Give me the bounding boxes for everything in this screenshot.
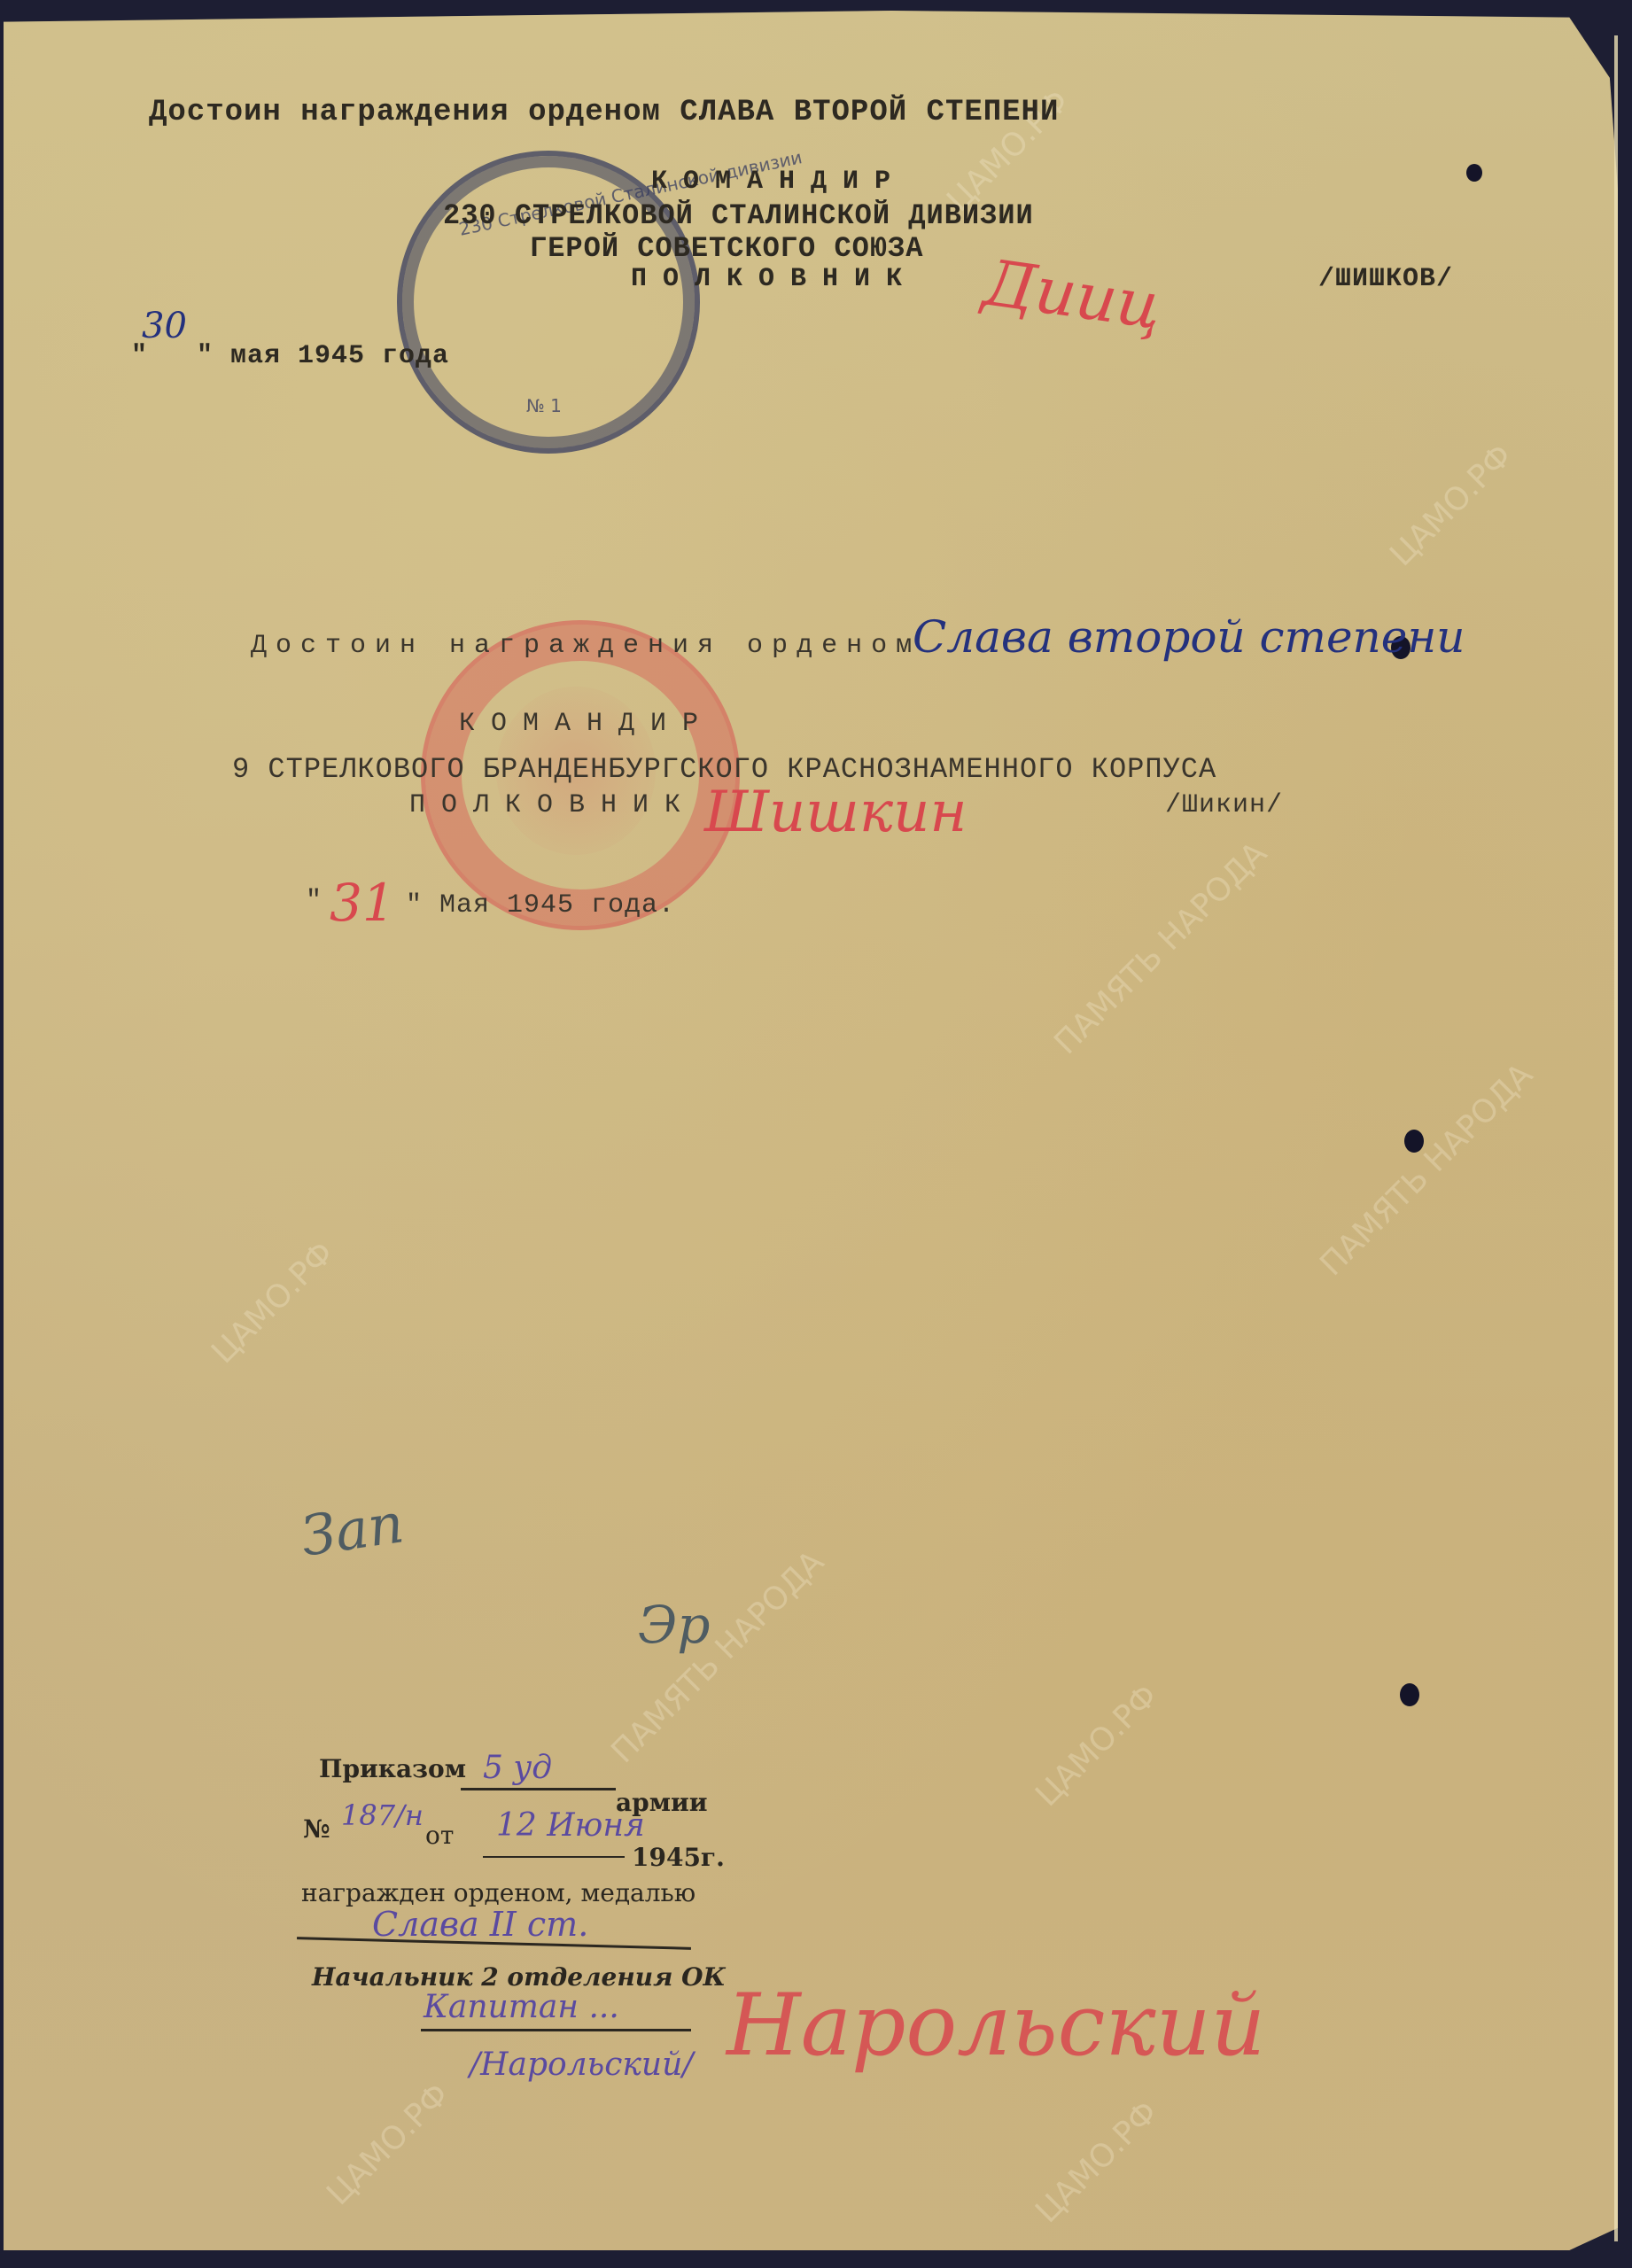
division-rank: ПОЛКОВНИК — [631, 264, 918, 294]
underline — [483, 1856, 625, 1858]
underline — [421, 2029, 691, 2031]
order-label: Приказом — [319, 1754, 466, 1783]
department-head-label: Начальник 2 отделения ОК — [312, 1962, 726, 1992]
division-award-line: Достоин награждения орденом СЛАВА ВТОРОЙ… — [149, 96, 1059, 129]
corps-rank: ПОЛКОВНИК — [409, 790, 696, 820]
division-unit: 230 СТРЕЛКОВОЙ СТАЛИНСКОЙ ДИВИЗИИ — [443, 199, 1034, 232]
corps-award-line: Достоин награждения орденом — [251, 631, 921, 661]
corps-commander-title: КОМАНДИР — [459, 709, 714, 739]
stamp-number: № 1 — [526, 395, 562, 416]
order-date: 12 Июня — [496, 1807, 645, 1844]
red-signature: Нарольский — [727, 1976, 1265, 2075]
order-number: 187/н — [341, 1798, 424, 1832]
corps-date: " Мая 1945 года. — [406, 890, 675, 920]
corps-date-open-quote: " — [306, 886, 323, 916]
punch-hole — [1404, 1130, 1424, 1153]
head-name: /Нарольский/ — [470, 2047, 693, 2083]
division-commander-name: /ШИШКОВ/ — [1318, 264, 1453, 294]
division-date: " мая 1945 года — [197, 341, 449, 371]
division-hero: ГЕРОЙ СОВЕТСКОГО СОЮЗА — [530, 232, 923, 265]
order-number-label: № — [303, 1814, 330, 1844]
corps-commander-name: /Шикин/ — [1165, 790, 1283, 820]
award-name: Слава II ст. — [372, 1905, 588, 1944]
margin-note: Эр — [638, 1595, 711, 1655]
punch-hole — [1400, 1683, 1419, 1706]
corps-date-day: 31 — [330, 873, 395, 933]
division-date-day: 30 — [142, 306, 187, 346]
division-commander-title: КОМАНДИР — [651, 167, 906, 197]
awarded-label: награжден орденом, медалью — [301, 1878, 696, 1907]
page-edge — [1614, 35, 1618, 2241]
corps-award-handwritten: Слава второй степени — [913, 611, 1465, 663]
order-from: от — [425, 1821, 454, 1850]
corps-signature: Шишкин — [704, 780, 967, 845]
underline — [461, 1788, 616, 1790]
order-army: 5 уд — [483, 1750, 552, 1786]
order-year: 1945г. — [632, 1843, 725, 1872]
head-rank: Капитан ... — [424, 1989, 619, 2025]
punch-hole — [1466, 164, 1482, 182]
